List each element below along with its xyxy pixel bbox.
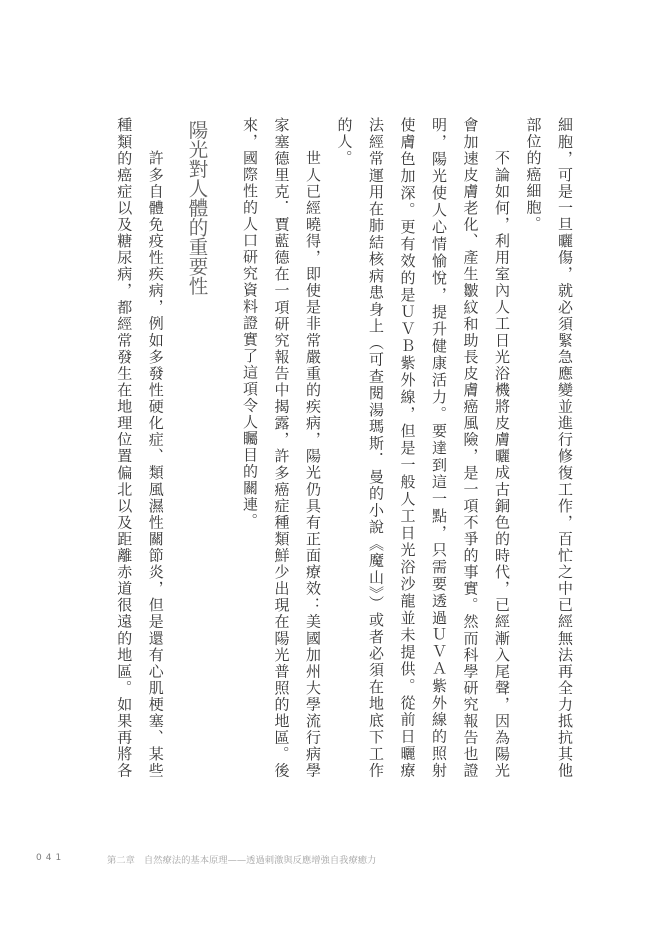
chapter-title: 自然療法的基本原理——透過刺激與反應增強自我療癒力 (144, 855, 376, 866)
text-line: 世人已經曉得，即使是非常嚴重的疾病，陽光仍具有正面療效：美國加州大學流行病學 (297, 117, 329, 779)
text-line: 使膚色加深。更有效的是ＵＶＢ紫外線，但是一般人工日光浴沙龍並未提供。從前日曬療 (391, 117, 423, 779)
text-line: 明，陽光使人心情愉悅，提升健康活力。要達到這一點，只需要透過ＵＶＡ紫外線的照射 (423, 117, 455, 779)
text-line: 來，國際性的人口研究資料證實了這項令人矚目的關連。 (234, 117, 266, 779)
page-footer: 041 第二章自然療法的基本原理——透過刺激與反應增強自我療癒力 (0, 852, 663, 868)
page-number: 041 (36, 853, 65, 863)
paragraph: 許多自體免疫性疾病，例如多發性硬化症、類風濕性關節炎，但是還有心肌梗塞、某些 種… (108, 117, 171, 779)
running-head: 第二章自然療法的基本原理——透過刺激與反應增強自我療癒力 (107, 852, 376, 866)
text-line: 的人。 (328, 117, 360, 779)
text-line: 法經常運用在肺結核病患身上（可查閱湯瑪斯．曼的小說《魔山》）或者必須在地底下工作 (360, 117, 392, 779)
text-line: 種類的癌症以及糖尿病，都經常發生在地理位置偏北以及距離赤道很遠的地區。如果再將各 (108, 117, 140, 779)
text-line: 會加速皮膚老化、產生皺紋和助長皮膚癌風險，是一項不爭的事實。然而科學研究報告也證 (454, 117, 486, 779)
text-line: 部位的癌細胞。 (517, 117, 549, 779)
section-heading: 陽光對人體的重要性 (184, 117, 210, 779)
text-line: 家塞德里克．賈藍德在一項研究報告中揭露，許多癌症種類鮮少出現在陽光普照的地區。後 (265, 117, 297, 779)
book-page: 細胞，可是一旦曬傷，就必須緊急應變並進行修復工作，百忙之中已經無法再全力抵抗其他… (0, 0, 663, 932)
text-line: 細胞，可是一旦曬傷，就必須緊急應變並進行修復工作，百忙之中已經無法再全力抵抗其他 (549, 117, 581, 779)
vertical-text-body: 細胞，可是一旦曬傷，就必須緊急應變並進行修復工作，百忙之中已經無法再全力抵抗其他… (108, 117, 580, 779)
text-line: 不論如何，利用室內人工日光浴機將皮膚曬成古銅色的時代，已經漸入尾聲，因為陽光 (486, 117, 518, 779)
paragraph: 不論如何，利用室內人工日光浴機將皮膚曬成古銅色的時代，已經漸入尾聲，因為陽光 會… (328, 117, 517, 779)
text-line: 許多自體免疫性疾病，例如多發性硬化症、類風濕性關節炎，但是還有心肌梗塞、某些 (139, 117, 171, 779)
paragraph-continued: 細胞，可是一旦曬傷，就必須緊急應變並進行修復工作，百忙之中已經無法再全力抵抗其他… (517, 117, 580, 779)
paragraph: 世人已經曉得，即使是非常嚴重的疾病，陽光仍具有正面療效：美國加州大學流行病學 家… (234, 117, 329, 779)
chapter-label: 第二章 (107, 855, 135, 866)
